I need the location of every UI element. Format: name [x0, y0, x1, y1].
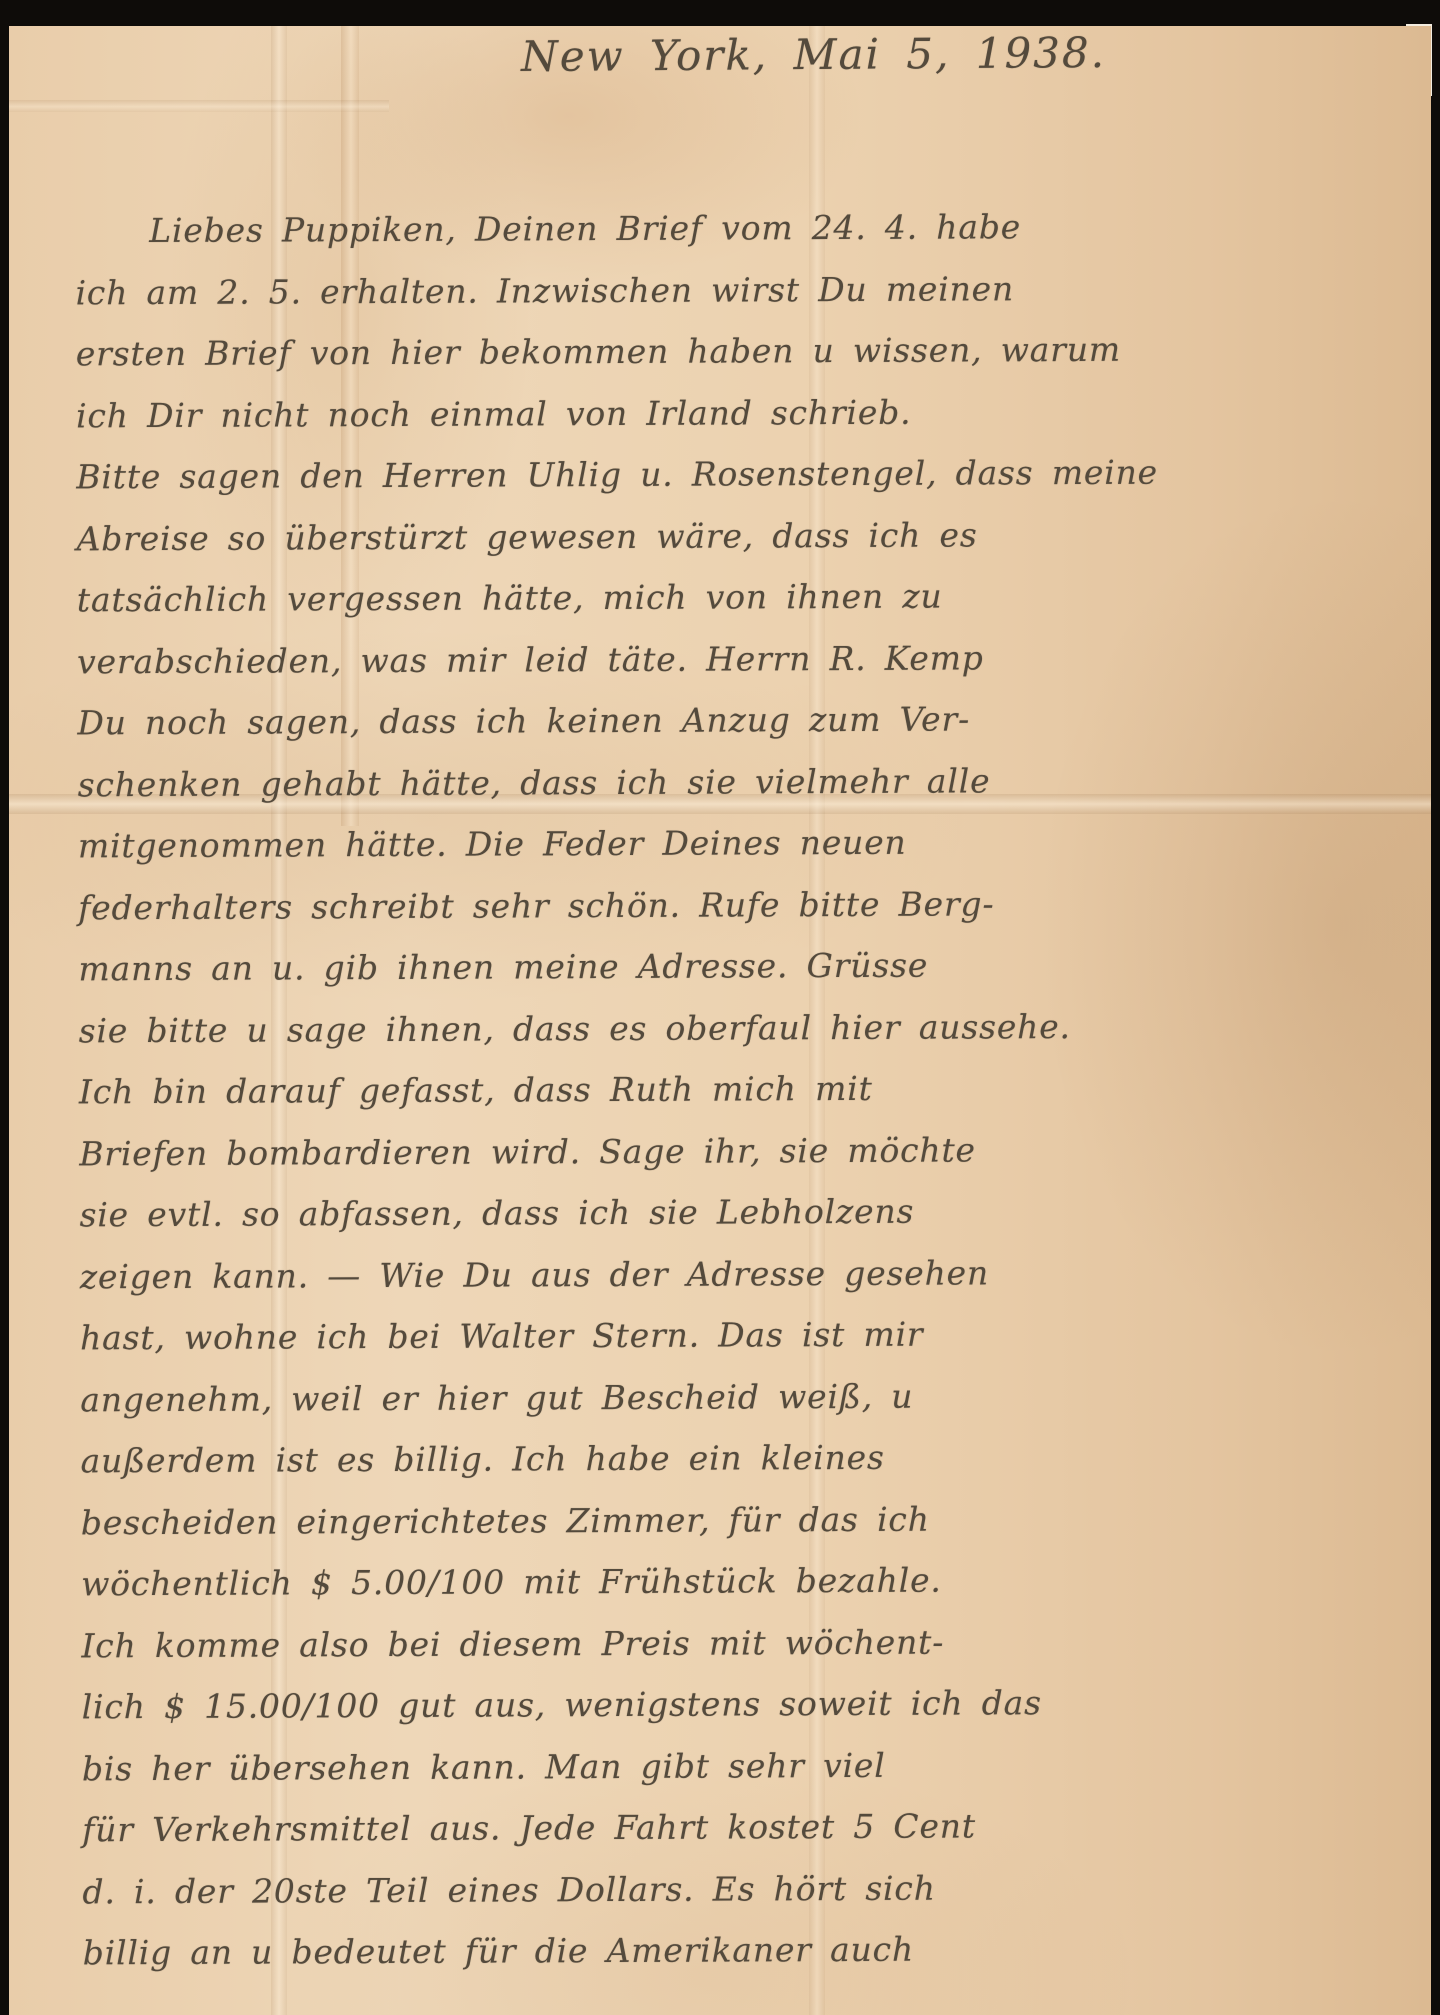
letter-line: lich $ 15.00/100 gut aus, wenigstens sow… — [82, 1672, 1157, 1738]
letter-line: manns an u. gib ihnen meine Adresse. Grü… — [78, 934, 1153, 1000]
letter-line: zeigen kann. — Wie Du aus der Adresse ge… — [80, 1241, 1155, 1307]
letter-line: ersten Brief von hier bekommen haben u w… — [76, 319, 1151, 385]
letter-line: Ich bin darauf gefasst, dass Ruth mich m… — [79, 1057, 1154, 1123]
letter-line: mitgenommen hätte. Die Feder Deines neue… — [78, 811, 1153, 877]
letter-line: Du noch sagen, dass ich keinen Anzug zum… — [77, 688, 1152, 754]
letter-line: angenehm, weil er hier gut Bescheid weiß… — [80, 1364, 1155, 1430]
letter-line: Liebes Puppiken, Deinen Brief vom 24. 4.… — [75, 196, 1150, 262]
letter-line: verabschieden, was mir leid täte. Herrn … — [77, 626, 1152, 692]
letter-line: billig an u bedeutet für die Amerikaner … — [83, 1918, 1158, 1984]
letter-line: federhalters schreibt sehr schön. Rufe b… — [78, 872, 1153, 938]
fold-crease-horizontal — [9, 100, 389, 112]
letter-line: für Verkehrsmittel aus. Jede Fahrt koste… — [82, 1795, 1157, 1861]
letter-line: sie bitte u sage ihnen, dass es oberfaul… — [79, 995, 1154, 1061]
dateline: New York, Mai 5, 1938. — [521, 28, 1106, 81]
letter-line: bis her übersehen kann. Man gibt sehr vi… — [82, 1733, 1157, 1799]
letter-line: sie evtl. so abfassen, dass ich sie Lebh… — [79, 1180, 1154, 1246]
letter-line: wöchentlich $ 5.00/100 mit Frühstück bez… — [81, 1549, 1156, 1615]
letter-line: Abreise so überstürzt gewesen wäre, dass… — [76, 503, 1151, 569]
letter-scan: New York, Mai 5, 1938. Liebes Puppiken, … — [0, 0, 1440, 2015]
letter-paper: New York, Mai 5, 1938. Liebes Puppiken, … — [9, 26, 1431, 2015]
letter-line: Bitte sagen den Herren Uhlig u. Rosenste… — [76, 442, 1151, 508]
letter-line: schenken gehabt hätte, dass ich sie viel… — [78, 749, 1153, 815]
letter-line: tatsächlich vergessen hätte, mich von ih… — [77, 565, 1152, 631]
letter-line: hast, wohne ich bei Walter Stern. Das is… — [80, 1303, 1155, 1369]
letter-line: ich am 2. 5. erhalten. Inzwischen wirst … — [75, 257, 1150, 323]
letter-line: Briefen bombardieren wird. Sage ihr, sie… — [79, 1118, 1154, 1184]
letter-line: d. i. der 20ste Teil eines Dollars. Es h… — [82, 1856, 1157, 1922]
letter-line: Ich komme also bei diesem Preis mit wöch… — [81, 1610, 1156, 1676]
letter-line: außerdem ist es billig. Ich habe ein kle… — [80, 1426, 1155, 1492]
letter-line: bescheiden eingerichtetes Zimmer, für da… — [81, 1487, 1156, 1553]
letter-body: Liebes Puppiken, Deinen Brief vom 24. 4.… — [75, 196, 1158, 1984]
letter-line: ich Dir nicht noch einmal von Irland sch… — [76, 380, 1151, 446]
